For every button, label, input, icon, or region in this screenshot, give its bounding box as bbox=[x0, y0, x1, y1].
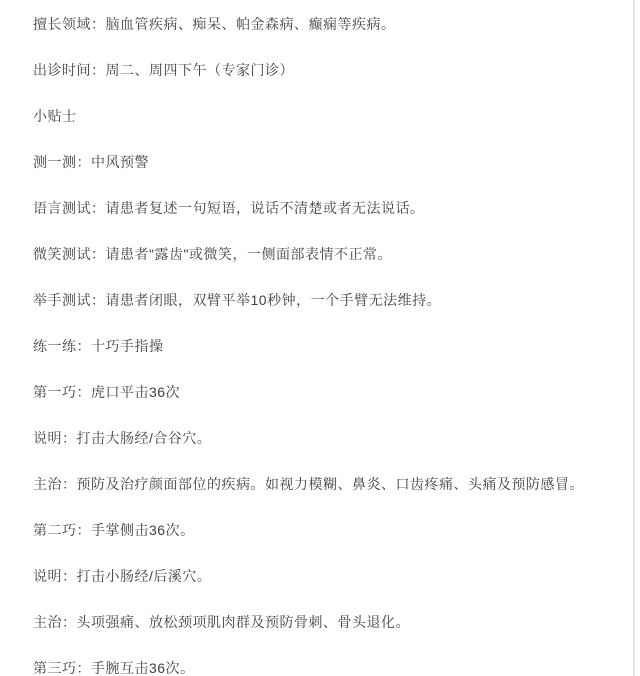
paragraph-tips-heading: 小贴士 bbox=[33, 106, 633, 126]
paragraph-raise-arm-test: 举手测试：请患者闭眼，双臂平举10秒钟，一个手臂无法维持。 bbox=[33, 290, 633, 310]
paragraph-skill-1-effect: 主治：预防及治疗颜面部位的疾病。如视力模糊、鼻炎、口齿疼痛、头痛及预防感冒。 bbox=[33, 474, 633, 494]
paragraph-skill-1: 第一巧：虎口平击36次 bbox=[33, 382, 633, 402]
paragraph-skill-3: 第三巧：手腕互击36次。 bbox=[33, 658, 633, 676]
paragraph-skill-2-note: 说明：打击小肠经/后溪穴。 bbox=[33, 566, 633, 586]
paragraph-skill-2: 第二巧：手掌侧击36次。 bbox=[33, 520, 633, 540]
paragraph-skill-1-note: 说明：打击大肠经/合谷穴。 bbox=[33, 428, 633, 448]
content-right-gutter bbox=[635, 0, 640, 676]
paragraph-test-heading: 测一测：中风预警 bbox=[33, 152, 633, 172]
paragraph-clinic-hours: 出诊时间：周二、周四下午（专家门诊） bbox=[33, 60, 633, 80]
paragraph-exercise-heading: 练一练：十巧手指操 bbox=[33, 336, 633, 356]
article-body: 擅长领域：脑血管疾病、痴呆、帕金森病、癫痫等疾病。 出诊时间：周二、周四下午（专… bbox=[0, 0, 633, 676]
paragraph-smile-test: 微笑测试：请患者"露齿"或微笑，一侧面部表情不正常。 bbox=[33, 244, 633, 264]
paragraph-skill-2-effect: 主治：头项强痛、放松颈项肌肉群及预防骨刺、骨头退化。 bbox=[33, 612, 633, 632]
paragraph-specialty: 擅长领域：脑血管疾病、痴呆、帕金森病、癫痫等疾病。 bbox=[33, 14, 633, 34]
paragraph-speech-test: 语言测试：请患者复述一句短语，说话不清楚或者无法说话。 bbox=[33, 198, 633, 218]
